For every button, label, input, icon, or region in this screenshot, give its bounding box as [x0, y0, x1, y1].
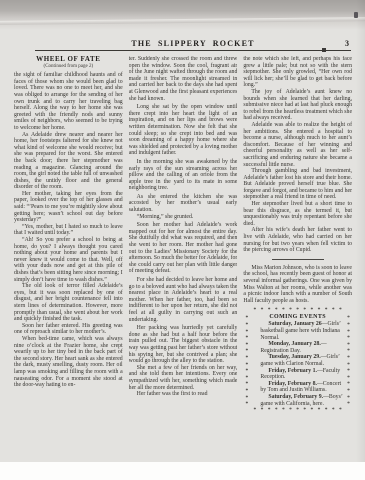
article-title: WHEEL OF FATE [14, 56, 123, 63]
continued-from-note: (Continued from page 2) [14, 64, 123, 71]
column-3: the note which she left, and perhaps his… [243, 56, 352, 458]
article-paragraph: Long she sat by the open window until th… [129, 104, 238, 157]
scan-shadow-band [0, 0, 365, 30]
star-border-top: * * * * * * * * * * * * * [251, 307, 344, 314]
article-paragraph: “Ah! So you prefer a school to being at … [14, 237, 123, 283]
article-paragraph: ter. Suddenly she crossed the room and t… [129, 56, 238, 102]
article-paragraph: Soon her father entered. His greeting wa… [14, 323, 123, 336]
article-columns: WHEEL OF FATE (Continued from page 2) th… [14, 56, 352, 458]
article-paragraph: Adelaide was able to realize the height … [243, 122, 352, 168]
article-paragraph: Soon her mother had Adelaide’s work mapp… [129, 222, 238, 275]
article-paragraph: Through gambling and bad investment, Ade… [243, 168, 352, 201]
article-paragraph: As she entered the kitchen she was accos… [129, 194, 238, 214]
coming-events-box: * * * * * * * * * * * * * * * * * * * * … [243, 307, 352, 414]
article-paragraph: “Morning,” she grunted. [129, 214, 238, 221]
section-divider [272, 259, 324, 260]
coming-events-title: COMING EVENTS [251, 314, 344, 321]
event-date: Tuesday, January 29. [268, 354, 320, 360]
article-paragraph: Her father was the first to read [129, 391, 238, 398]
event-date: Friday, February 8. [268, 381, 317, 387]
article-paragraph: The joy of Adelaide’s aunt knew no bound… [243, 89, 352, 122]
column-1: WHEEL OF FATE (Continued from page 2) th… [14, 56, 123, 458]
article-paragraph: Her stepmother lived but a short time to… [243, 201, 352, 227]
newspaper-title: THE SLIPPERY ROCKET [35, 39, 351, 48]
event-item: Monday, January 28.—Registration Day. [251, 341, 344, 354]
masthead-rule [35, 50, 351, 51]
newspaper-page-scan: THE SLIPPERY ROCKET 3 WHEEL OF FATE (Con… [0, 0, 365, 480]
masthead: THE SLIPPERY ROCKET 3 [35, 39, 351, 51]
event-item: Saturday, January 26—Girls’ basketball g… [251, 321, 344, 341]
star-border-left: * * * * * * * * * * * * * * [243, 315, 250, 406]
star-border-bottom: * * * * * * * * * * * * * [251, 407, 344, 414]
article-paragraph: After his wife’s death her father went t… [243, 227, 352, 253]
article-paragraph: Her packing was hurriedly yet carefully … [129, 325, 238, 365]
article-paragraph: the note which she left, and perhaps his… [243, 56, 352, 89]
event-date: Monday, January 28. [268, 341, 321, 347]
article-paragraph: For she had decided to leave her home an… [129, 277, 238, 323]
event-item: Friday, February 8.—Concert by Tom and J… [251, 381, 344, 394]
article-paragraph: When bed-time came, which was always nin… [14, 336, 123, 389]
star-border-right: * * * * * * * * * * * * * * [345, 315, 352, 406]
article-paragraph: the sight of familiar childhood haunts a… [14, 72, 123, 131]
news-item-paragraph: Miss Marion Johnson, who is soon to leav… [243, 265, 352, 305]
article-paragraph: The old look of terror filled Adelaide’s… [14, 283, 123, 323]
article-paragraph: In the morning she was awakened by the e… [129, 159, 238, 192]
article-paragraph: As Adelaide drew nearer and nearer her h… [14, 132, 123, 191]
article-paragraph: She met a few of her friends on her way,… [129, 365, 238, 391]
event-item: Friday, February 1.—Faculty Reception. [251, 368, 344, 381]
event-date: Saturday, February 9. [268, 394, 323, 400]
scan-artifact-speck [354, 12, 358, 18]
event-item: Tuesday, January 29.—Girls’ game with Cl… [251, 354, 344, 367]
event-date: Saturday, January 26 [268, 321, 321, 327]
column-2: ter. Suddenly she crossed the room and t… [129, 56, 238, 458]
event-item: Saturday, February 9.—Boys’ game with Ca… [251, 394, 344, 407]
page-number: 3 [345, 39, 349, 48]
event-date: Friday, February 1. [268, 368, 317, 374]
article-paragraph: Her mother, taking her eyes from the pap… [14, 191, 123, 224]
article-paragraph: “Yes, mother, but I hated so much to lea… [14, 224, 123, 237]
page-right-edge-shading [356, 0, 365, 462]
